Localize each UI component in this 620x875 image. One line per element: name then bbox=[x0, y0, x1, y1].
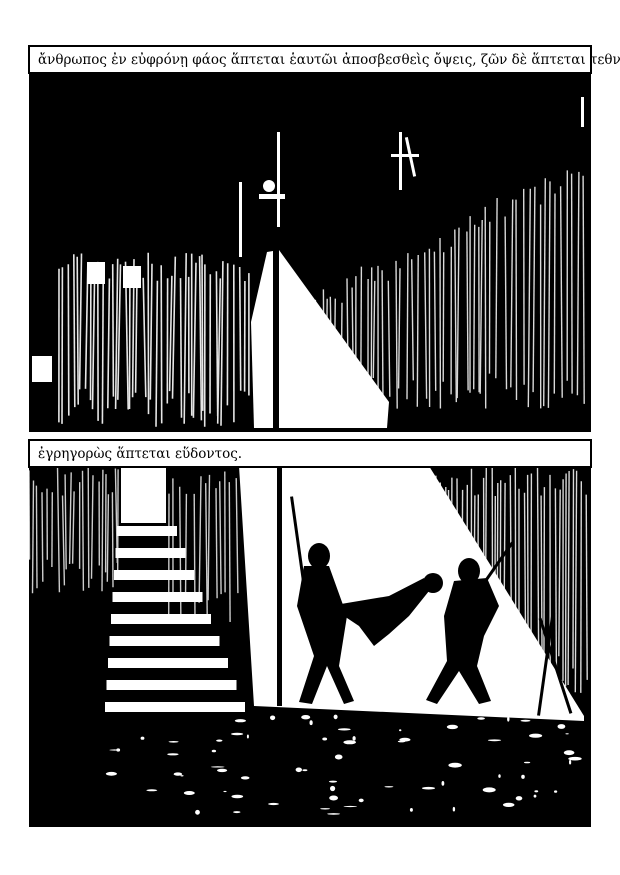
doorway bbox=[121, 468, 166, 523]
procession-illustration bbox=[29, 466, 591, 827]
night-street-illustration bbox=[29, 72, 591, 432]
pole bbox=[277, 466, 282, 706]
comic-panel-2 bbox=[29, 466, 591, 827]
caption-panel-2: ἐγρηγορὼς ἅπτεται εὕδοντος. bbox=[28, 439, 592, 468]
caption-text: ἄνθρωπος ἐν εὐφρόνῃ φάος ἅπτεται ἑαυτῶι … bbox=[38, 52, 620, 68]
caption-text: ἐγρηγορὼς ἅπτεται εὕδοντος. bbox=[38, 446, 242, 462]
lamppost bbox=[273, 242, 279, 428]
caption-panel-1: ἄνθρωπος ἐν εὐφρόνῃ φάος ἅπτεται ἑαυτῶι … bbox=[28, 45, 592, 74]
comic-panel-1 bbox=[29, 72, 591, 432]
